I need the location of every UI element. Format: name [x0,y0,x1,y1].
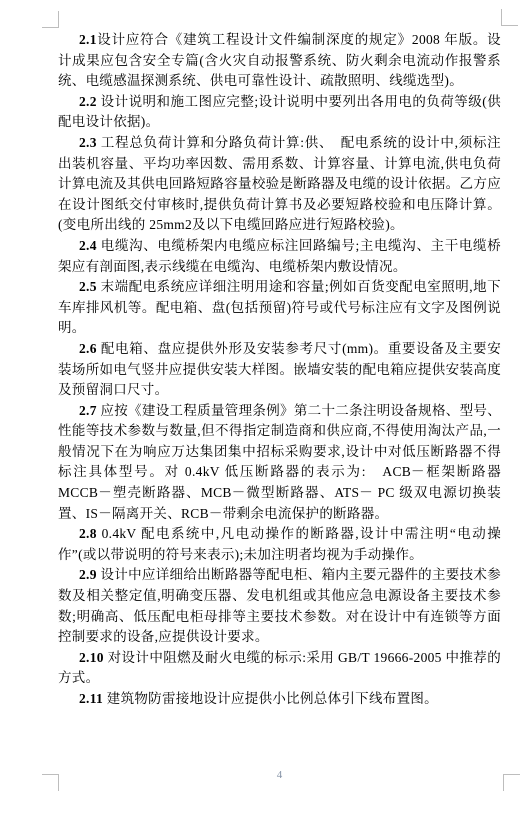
clause-number: 2.2 [79,94,97,109]
page-number: 4 [58,769,501,781]
document-viewport: { "theme": { "bg": "#ffffff", "text": "#… [0,0,527,821]
clause-text: 设计中应详细给出断路器等配电柜、箱内主要元器件的主要技术参数及相关整定值,明确变… [58,567,501,644]
paragraph-2-4: 2.4 电缆沟、电缆桥架内电缆应标注回路编号;主电缆沟、主干电缆桥架应有剖面图,… [58,236,501,277]
clause-number: 2.1 [79,32,97,47]
paragraph-2-2: 2.2 设计说明和施工图应完整;设计说明中要列出各用电的负荷等级(供配电设计依据… [58,92,501,133]
paragraph-2-8: 2.8 0.4kV 配电系统中,凡电动操作的断路器,设计中需注明“电动操作”(或… [58,524,501,565]
clause-text: 0.4kV 配电系统中,凡电动操作的断路器,设计中需注明“电动操作”(或以带说明… [58,526,501,562]
clause-text: 应按《建设工程质量管理条例》第二十二条注明设备规格、型号、性能等技术参数与数量,… [58,403,515,521]
clause-number: 2.5 [79,279,97,294]
clause-text: 设计应符合《建筑工程设计文件编制深度的规定》2008 年版。设计成果应包含安全专… [58,32,501,88]
document-page: 2.1设计应符合《建筑工程设计文件编制深度的规定》2008 年版。设计成果应包含… [0,0,527,821]
clause-number: 2.8 [79,526,97,541]
clause-number: 2.3 [79,135,97,150]
clause-text: 末端配电系统应详细注明用途和容量;例如百货变配电室照明,地下车库排风机等。配电箱… [58,279,501,335]
paragraph-2-10: 2.10 对设计中阻燃及耐火电缆的标示:采用 GB/T 19666-2005 中… [58,648,501,689]
crop-mark-bottom-right-icon [503,774,520,791]
clause-text: 电缆沟、电缆桥架内电缆应标注回路编号;主电缆沟、主干电缆桥架应有剖面图,表示线缆… [58,238,501,274]
clause-text: 对设计中阻燃及耐火电缆的标示:采用 GB/T 19666-2005 中推荐的方式… [58,650,501,686]
clause-number: 2.6 [79,341,97,356]
clause-number: 2.9 [79,567,97,582]
paragraph-2-7: 2.7 应按《建设工程质量管理条例》第二十二条注明设备规格、型号、性能等技术参数… [58,401,501,525]
clause-number: 2.10 [79,650,104,665]
clause-number: 2.7 [79,403,97,418]
clause-text: 建筑物防雷接地设计应提供小比例总体引下线布置图。 [103,691,438,706]
clause-number: 2.11 [79,691,103,706]
clause-number: 2.4 [79,238,97,253]
crop-mark-top-left-icon [42,11,59,28]
paragraph-2-9: 2.9 设计中应详细给出断路器等配电柜、箱内主要元器件的主要技术参数及相关整定值… [58,565,501,647]
paragraph-2-6: 2.6 配电箱、盘应提供外形及安装参考尺寸(mm)。重要设备及主要安装场所如电气… [58,339,501,401]
clause-text: 设计说明和施工图应完整;设计说明中要列出各用电的负荷等级(供配电设计依据)。 [58,94,501,130]
document-body: 2.1设计应符合《建筑工程设计文件编制深度的规定》2008 年版。设计成果应包含… [58,30,501,710]
paragraph-2-1: 2.1设计应符合《建筑工程设计文件编制深度的规定》2008 年版。设计成果应包含… [58,30,501,92]
clause-text: 配电箱、盘应提供外形及安装参考尺寸(mm)。重要设备及主要安装场所如电气竖井应提… [58,341,501,397]
clause-text: 工程总负荷计算和分路负荷计算:供、 配电系统的设计中,须标注出装机容量、平均功率… [58,135,501,232]
paragraph-2-11: 2.11 建筑物防雷接地设计应提供小比例总体引下线布置图。 [58,689,501,710]
crop-mark-bottom-left-icon [42,774,59,791]
paragraph-2-3: 2.3 工程总负荷计算和分路负荷计算:供、 配电系统的设计中,须标注出装机容量、… [58,133,501,236]
paragraph-2-5: 2.5 末端配电系统应详细注明用途和容量;例如百货变配电室照明,地下车库排风机等… [58,277,501,339]
crop-mark-top-right-icon [501,9,518,26]
